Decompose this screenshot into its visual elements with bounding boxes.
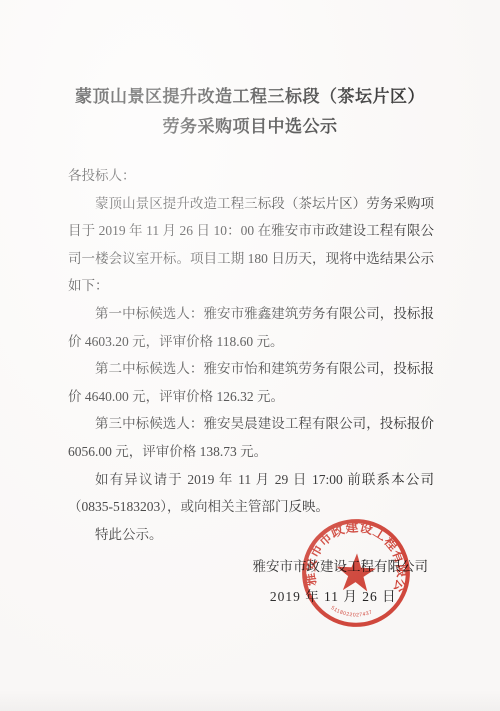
- company-seal-icon: 雅安市市政建设工程有限公司 5118022027437: [296, 513, 416, 633]
- document-title: 蒙顶山景区提升改造工程三标段（茶坛片区） 劳务采购项目中选公示: [0, 82, 500, 142]
- paragraph-candidate-2: 第二中标候选人：雅安市怡和建筑劳务有限公司，投标报价 4640.00 元，评审价…: [68, 355, 434, 410]
- seal-serial-number: 5118022027437: [329, 605, 374, 620]
- paragraph-objection-contact: 如有异议请于 2019 年 11 月 29 日 17:00 前联系本公司（083…: [68, 466, 434, 521]
- paragraph-candidate-3: 第三中标候选人：雅安昊晨建设工程有限公司，投标报价 6056.00 元，评审价格…: [68, 410, 434, 465]
- title-line-2: 劳务采购项目中选公示: [0, 112, 500, 142]
- salutation: 各投标人：: [68, 162, 434, 190]
- title-line-1: 蒙顶山景区提升改造工程三标段（茶坛片区）: [0, 82, 500, 112]
- seal-star-icon: [335, 552, 376, 592]
- paragraph-project-intro: 蒙顶山景区提升改造工程三标段（茶坛片区）劳务采购项目于 2019 年 11 月 …: [68, 190, 434, 300]
- company-seal: 雅安市市政建设工程有限公司 5118022027437: [296, 513, 416, 633]
- notice-document-page: 蒙顶山景区提升改造工程三标段（茶坛片区） 劳务采购项目中选公示 各投标人： 蒙顶…: [0, 0, 500, 711]
- paragraph-candidate-1: 第一中标候选人：雅安市雅鑫建筑劳务有限公司，投标报价 4603.20 元，评审价…: [68, 300, 434, 355]
- svg-text:5118022027437: 5118022027437: [329, 605, 374, 620]
- document-body: 各投标人： 蒙顶山景区提升改造工程三标段（茶坛片区）劳务采购项目于 2019 年…: [68, 162, 434, 548]
